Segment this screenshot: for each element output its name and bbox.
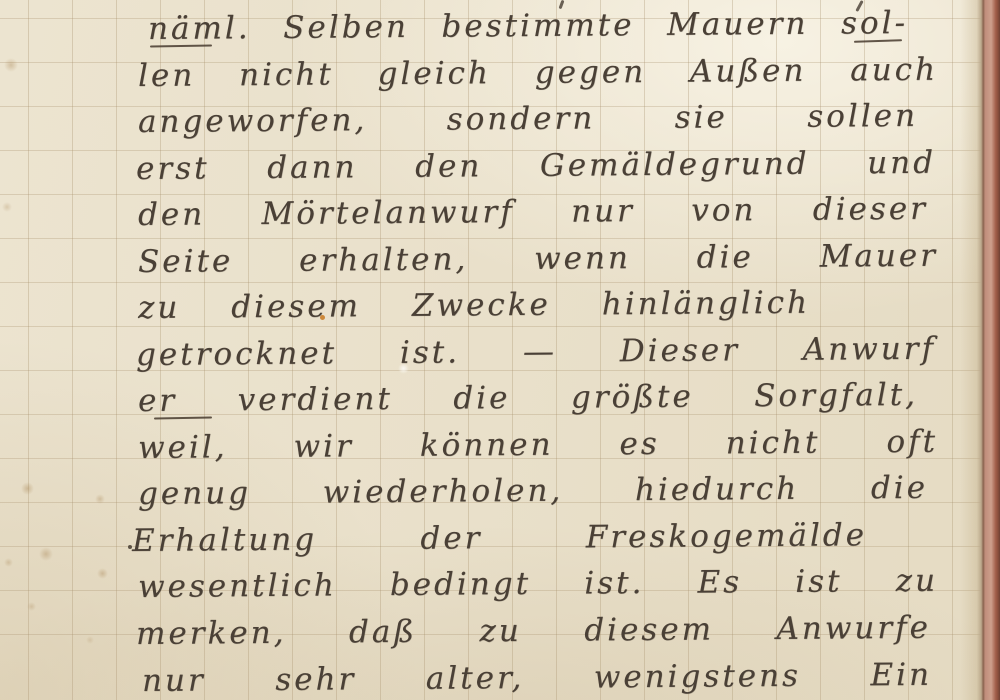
handwriting-line: getrocknet ist. — Dieser Anwurf — [136, 329, 936, 377]
handwriting-line: wesentlich bedingt ist. Es ist zu — [138, 561, 938, 609]
foxing-spot — [27, 602, 36, 611]
handwriting-line: erst dann den Gemäldegrund und — [136, 143, 936, 191]
handwriting-line: er verdient die größte Sorgfalt, — [138, 375, 918, 423]
handwriting-line: len nicht gleich gegen Außen auch — [138, 50, 938, 98]
manuscript-text-layer: näml. Selben bestimmte Mauern sol- len n… — [138, 0, 948, 700]
foxing-spot — [2, 202, 12, 212]
foxing-spot — [95, 494, 105, 504]
foxing-spot — [97, 568, 108, 579]
handwriting-line: angeworfen, sondern sie sollen — [138, 96, 918, 144]
manuscript-page: näml. Selben bestimmte Mauern sol- len n… — [0, 0, 1000, 700]
handwriting-line: den Mörtelanwurf nur von dieser — [138, 189, 928, 237]
foxing-spot — [4, 558, 13, 567]
handwriting-line: näml. Selben bestimmte Mauern sol- — [148, 3, 908, 51]
handwriting-line: Erhaltung der Freskogemälde — [132, 515, 867, 563]
foxing-spot — [21, 482, 34, 495]
handwriting-line: Seite erhalten, wenn die Mauer — [138, 236, 938, 284]
ink-dot — [128, 545, 132, 549]
foxing-spot — [86, 636, 94, 644]
handwriting-line: nur sehr alter, wenigstens Ein — [142, 655, 932, 700]
handwriting-line: zu diesem Zwecke hinlänglich — [138, 283, 810, 330]
foxing-spot — [4, 58, 18, 72]
handwriting-line: weil, wir können es nicht oft — [138, 422, 938, 470]
foxing-spot — [39, 547, 53, 561]
handwriting-line: genug wiederholen, hiedurch die — [138, 468, 928, 516]
book-page-edge — [960, 0, 1000, 700]
handwriting-line: merken, daß zu diesem Anwurfe — [136, 608, 931, 656]
